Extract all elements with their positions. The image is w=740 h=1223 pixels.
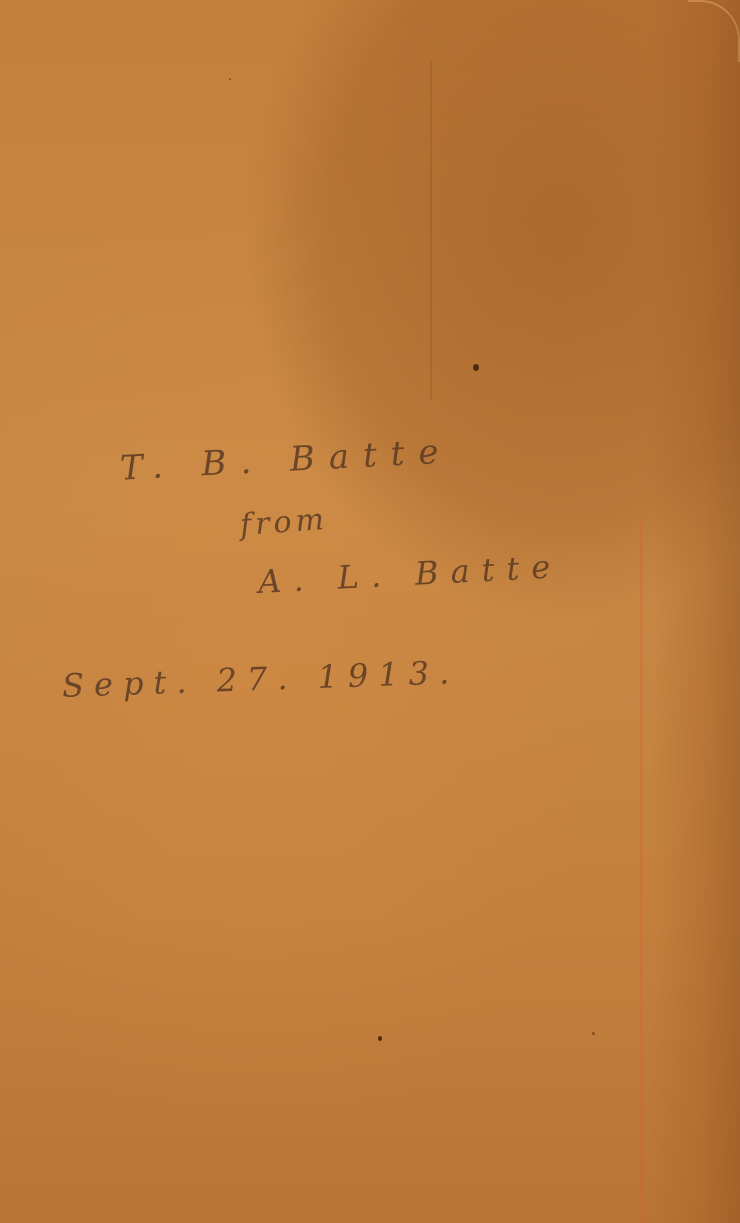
- inscription-recipient: T. B. Batte: [119, 431, 453, 488]
- inscription-from: from: [239, 502, 329, 543]
- inscription-date: Sept. 27. 1913.: [61, 653, 459, 705]
- book-endpaper: T. B. Batte from A. L. Batte Sept. 27. 1…: [0, 0, 740, 1223]
- red-margin-rule: [640, 520, 643, 1223]
- inscription-giver: A. L. Batte: [257, 547, 563, 601]
- page-edge: [650, 0, 740, 1223]
- ink-speck: [592, 1032, 595, 1035]
- ink-speck: [378, 1036, 382, 1041]
- ink-speck: [473, 364, 479, 371]
- fold-crease: [430, 60, 432, 400]
- ink-speck: [229, 78, 231, 80]
